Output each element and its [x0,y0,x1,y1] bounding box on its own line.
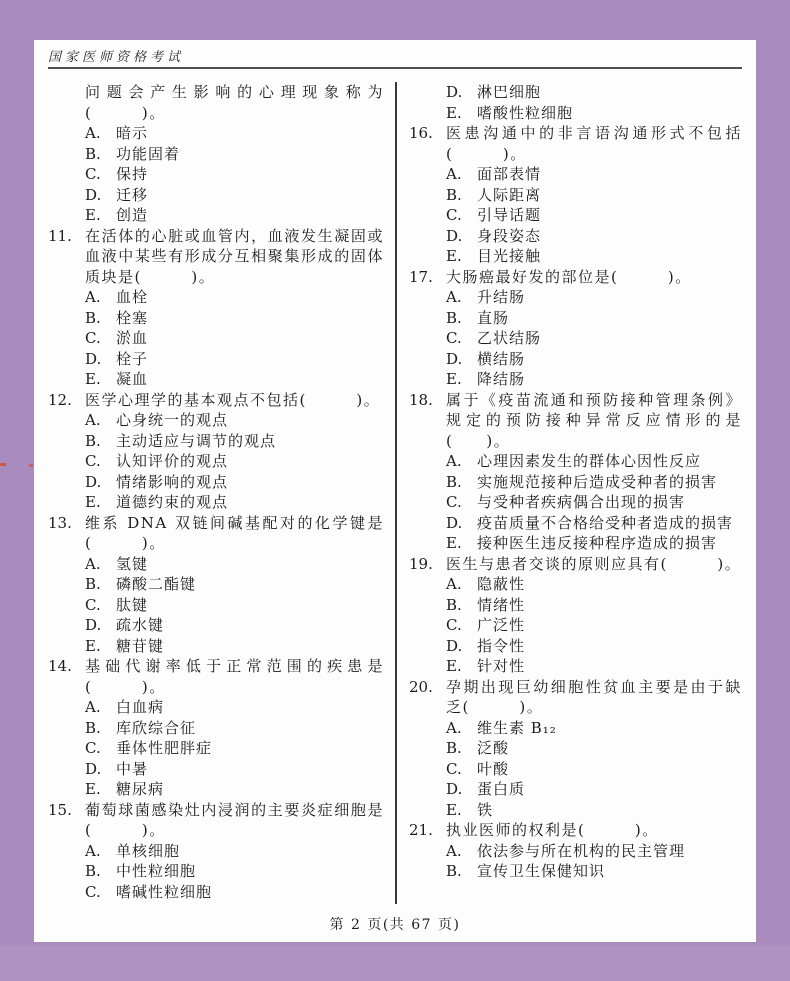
option-text: 面部表情 [477,164,742,185]
option-text: 肽键 [116,595,384,616]
option-row: A.白血病 [85,697,384,718]
option-row: C.引导话题 [446,205,742,226]
option-text: 叶酸 [477,759,742,780]
column-left: 问题会产生影响的心理现象称为( )。A.暗示B.功能固着C.保持D.迁移E.创造… [48,82,395,904]
option-text: 降结肠 [477,369,742,390]
option-letter: D. [446,513,477,534]
option-text: 中暑 [116,759,384,780]
option-letter: B. [85,574,116,595]
option-text: 情绪性 [477,595,742,616]
option-letter: D. [446,82,477,103]
question-head: 21.执业医师的权利是( )。 [409,820,742,841]
option-letter: E. [85,492,116,513]
question-block: 15.葡萄球菌感染灶内浸润的主要炎症细胞是( )。A.单核细胞B.中性粒细胞C.… [48,800,384,903]
option-letter: A. [446,718,477,739]
option-letter: E. [446,103,477,124]
option-row: B.磷酸二酯键 [85,574,384,595]
question-head: 19.医生与患者交谈的原则应具有( )。 [409,554,742,575]
option-text: 单核细胞 [116,841,384,862]
option-letter: A. [446,164,477,185]
option-text: 身段姿态 [477,226,742,247]
option-letter: B. [85,144,116,165]
option-row: A.血栓 [85,287,384,308]
option-letter: E. [85,369,116,390]
option-row: C.肽键 [85,595,384,616]
option-letter: B. [446,185,477,206]
option-letter: C. [85,451,116,472]
option-row: A.维生素 B₁₂ [446,718,742,739]
option-text: 疏水键 [116,615,384,636]
option-letter: E. [85,779,116,800]
option-text: 嗜碱性粒细胞 [116,882,384,903]
option-row: B.中性粒细胞 [85,861,384,882]
option-row: D.疏水键 [85,615,384,636]
option-letter: A. [446,574,477,595]
question-block: 19.医生与患者交谈的原则应具有( )。A.隐蔽性B.情绪性C.广泛性D.指令性… [409,554,742,677]
option-row: E.创造 [85,205,384,226]
question-block: 16.医患沟通中的非言语沟通形式不包括( )。A.面部表情B.人际距离C.引导话… [409,123,742,267]
option-row: A.升结肠 [446,287,742,308]
option-text: 心身统一的观点 [116,410,384,431]
scan-artifact [0,463,6,466]
question-block: 20.孕期出现巨幼细胞性贫血主要是由于缺乏( )。A.维生素 B₁₂B.泛酸C.… [409,677,742,821]
option-letter: A. [446,451,477,472]
option-text: 心理因素发生的群体心因性反应 [477,451,742,472]
option-letter: A. [85,123,116,144]
option-row: B.情绪性 [446,595,742,616]
option-text: 功能固着 [116,144,384,165]
question-text: 执业医师的权利是( )。 [446,820,742,841]
question-columns: 问题会产生影响的心理现象称为( )。A.暗示B.功能固着C.保持D.迁移E.创造… [48,82,742,904]
question-number: 21. [409,820,446,841]
option-row: D.指令性 [446,636,742,657]
question-block: 14.基础代谢率低于正常范围的疾患是( )。A.白血病B.库欣综合征C.垂体性肥… [48,656,384,800]
option-row: A.心理因素发生的群体心因性反应 [446,451,742,472]
question-text: 医生与患者交谈的原则应具有( )。 [446,554,742,575]
option-row: D.迁移 [85,185,384,206]
option-letter: C. [85,328,116,349]
option-row: E.目光接触 [446,246,742,267]
option-letter: B. [446,472,477,493]
option-letter: B. [85,308,116,329]
option-letter: E. [446,369,477,390]
option-letter: E. [446,800,477,821]
option-letter: D. [85,759,116,780]
question-number: 12. [48,390,85,411]
option-text: 广泛性 [477,615,742,636]
option-letter: A. [85,554,116,575]
option-row: D.栓子 [85,349,384,370]
option-text: 接种医生违反接种程序造成的损害 [477,533,742,554]
question-number [48,82,85,123]
question-number: 17. [409,267,446,288]
option-letter: E. [446,246,477,267]
header-rule [48,67,742,69]
option-letter: D. [446,779,477,800]
option-row: D.情绪影响的观点 [85,472,384,493]
option-row: B.直肠 [446,308,742,329]
option-letter: B. [85,718,116,739]
question-text: 在活体的心脏或血管内，血液发生凝固或血液中某些有形成分互相聚集形成的固体质块是(… [85,226,384,288]
option-letter: C. [85,882,116,903]
option-row: B.栓塞 [85,308,384,329]
option-text: 淋巴细胞 [477,82,742,103]
option-text: 主动适应与调节的观点 [116,431,384,452]
option-letter: E. [446,656,477,677]
option-text: 隐蔽性 [477,574,742,595]
option-letter: A. [85,410,116,431]
option-text: 白血病 [116,697,384,718]
option-text: 情绪影响的观点 [116,472,384,493]
option-letter: C. [446,615,477,636]
question-block: 18.属于《疫苗流通和预防接种管理条例》规定的预防接种异常反应情形的是( )。A… [409,390,742,554]
option-text: 迁移 [116,185,384,206]
question-text: 医学心理学的基本观点不包括( )。 [85,390,384,411]
option-text: 人际距离 [477,185,742,206]
question-text: 基础代谢率低于正常范围的疾患是( )。 [85,656,384,697]
option-text: 库欣综合征 [116,718,384,739]
option-text: 中性粒细胞 [116,861,384,882]
option-text: 指令性 [477,636,742,657]
question-text: 大肠癌最好发的部位是( )。 [446,267,742,288]
column-right: D.淋巴细胞E.嗜酸性粒细胞16.医患沟通中的非言语沟通形式不包括( )。A.面… [395,82,742,904]
option-row: E.嗜酸性粒细胞 [446,103,742,124]
option-row: E.降结肠 [446,369,742,390]
option-row: A.单核细胞 [85,841,384,862]
option-row: C.与受种者疾病偶合出现的损害 [446,492,742,513]
question-head: 16.医患沟通中的非言语沟通形式不包括( )。 [409,123,742,164]
option-letter: E. [446,533,477,554]
option-letter: B. [85,431,116,452]
option-row: D.身段姿态 [446,226,742,247]
option-row: E.糖苷键 [85,636,384,657]
option-row: B.泛酸 [446,738,742,759]
option-row: C.广泛性 [446,615,742,636]
option-row: A.面部表情 [446,164,742,185]
option-row: B.宣传卫生保健知识 [446,861,742,882]
option-row: E.针对性 [446,656,742,677]
option-row: E.糖尿病 [85,779,384,800]
option-text: 目光接触 [477,246,742,267]
option-text: 暗示 [116,123,384,144]
option-letter: D. [85,185,116,206]
option-letter: A. [446,841,477,862]
question-text: 孕期出现巨幼细胞性贫血主要是由于缺乏( )。 [446,677,742,718]
option-text: 维生素 B₁₂ [477,718,742,739]
option-letter: C. [85,738,116,759]
question-number: 13. [48,513,85,554]
option-row: D.疫苗质量不合格给受种者造成的损害 [446,513,742,534]
option-letter: B. [446,738,477,759]
option-letter: D. [446,349,477,370]
option-row: B.人际距离 [446,185,742,206]
option-text: 泛酸 [477,738,742,759]
option-row: D.淋巴细胞 [446,82,742,103]
option-letter: C. [85,595,116,616]
option-letter: C. [85,164,116,185]
option-row: B.库欣综合征 [85,718,384,739]
option-text: 创造 [116,205,384,226]
option-text: 横结肠 [477,349,742,370]
option-row: B.实施规范接种后造成受种者的损害 [446,472,742,493]
page-footer: 第 2 页(共 67 页) [34,914,756,934]
question-number: 11. [48,226,85,288]
option-letter: A. [446,287,477,308]
question-number: 15. [48,800,85,841]
option-row: D.横结肠 [446,349,742,370]
option-row: E.凝血 [85,369,384,390]
option-text: 宣传卫生保健知识 [477,861,742,882]
option-row: C.认知评价的观点 [85,451,384,472]
option-text: 淤血 [116,328,384,349]
option-text: 依法参与所在机构的民主管理 [477,841,742,862]
option-text: 蛋白质 [477,779,742,800]
option-row: C.垂体性肥胖症 [85,738,384,759]
question-block: 11.在活体的心脏或血管内，血液发生凝固或血液中某些有形成分互相聚集形成的固体质… [48,226,384,390]
option-text: 乙状结肠 [477,328,742,349]
option-text: 铁 [477,800,742,821]
option-letter: D. [446,226,477,247]
option-letter: A. [85,841,116,862]
scan-artifact [29,464,33,467]
option-row: E.道德约束的观点 [85,492,384,513]
option-text: 实施规范接种后造成受种者的损害 [477,472,742,493]
question-text: 维系 DNA 双链间碱基配对的化学键是( )。 [85,513,384,554]
question-block: 21.执业医师的权利是( )。A.依法参与所在机构的民主管理B.宣传卫生保健知识 [409,820,742,882]
option-letter: C. [446,328,477,349]
question-text: 属于《疫苗流通和预防接种管理条例》规定的预防接种异常反应情形的是( )。 [446,390,742,452]
option-letter: B. [446,861,477,882]
question-head: 17.大肠癌最好发的部位是( )。 [409,267,742,288]
frame-bottom-band [0,945,790,981]
option-text: 针对性 [477,656,742,677]
option-row: A.依法参与所在机构的民主管理 [446,841,742,862]
question-head: 15.葡萄球菌感染灶内浸润的主要炎症细胞是( )。 [48,800,384,841]
option-letter: C. [446,205,477,226]
option-row: C.叶酸 [446,759,742,780]
option-row: E.接种医生违反接种程序造成的损害 [446,533,742,554]
option-text: 垂体性肥胖症 [116,738,384,759]
option-row: C.淤血 [85,328,384,349]
question-head: 12.医学心理学的基本观点不包括( )。 [48,390,384,411]
question-block: 13.维系 DNA 双链间碱基配对的化学键是( )。A.氢键B.磷酸二酯键C.肽… [48,513,384,657]
exam-sheet: 国家医师资格考试 问题会产生影响的心理现象称为( )。A.暗示B.功能固着C.保… [34,40,756,942]
option-text: 疫苗质量不合格给受种者造成的损害 [477,513,742,534]
option-text: 嗜酸性粒细胞 [477,103,742,124]
option-letter: E. [85,205,116,226]
option-letter: B. [85,861,116,882]
option-text: 栓子 [116,349,384,370]
question-number: 19. [409,554,446,575]
question-text: 葡萄球菌感染灶内浸润的主要炎症细胞是( )。 [85,800,384,841]
option-letter: D. [85,472,116,493]
option-row: B.主动适应与调节的观点 [85,431,384,452]
question-head: 问题会产生影响的心理现象称为( )。 [48,82,384,123]
scanned-exam-page: { "header": { "title": "国家医师资格考试" }, "fo… [0,0,790,981]
question-block: 17.大肠癌最好发的部位是( )。A.升结肠B.直肠C.乙状结肠D.横结肠E.降… [409,267,742,390]
question-block: 12.医学心理学的基本观点不包括( )。A.心身统一的观点B.主动适应与调节的观… [48,390,384,513]
option-text: 保持 [116,164,384,185]
option-text: 升结肠 [477,287,742,308]
option-row: B.功能固着 [85,144,384,165]
option-row: C.保持 [85,164,384,185]
option-text: 认知评价的观点 [116,451,384,472]
option-text: 糖苷键 [116,636,384,657]
question-head: 11.在活体的心脏或血管内，血液发生凝固或血液中某些有形成分互相聚集形成的固体质… [48,226,384,288]
option-text: 直肠 [477,308,742,329]
option-text: 血栓 [116,287,384,308]
question-number: 14. [48,656,85,697]
option-letter: A. [85,287,116,308]
option-row: A.隐蔽性 [446,574,742,595]
question-head: 20.孕期出现巨幼细胞性贫血主要是由于缺乏( )。 [409,677,742,718]
option-letter: D. [446,636,477,657]
question-head: 13.维系 DNA 双链间碱基配对的化学键是( )。 [48,513,384,554]
question-block: D.淋巴细胞E.嗜酸性粒细胞 [409,82,742,123]
option-row: D.蛋白质 [446,779,742,800]
exam-title: 国家医师资格考试 [48,46,184,65]
option-row: A.心身统一的观点 [85,410,384,431]
option-letter: D. [85,349,116,370]
option-letter: C. [446,492,477,513]
question-number: 16. [409,123,446,164]
option-text: 凝血 [116,369,384,390]
option-text: 引导话题 [477,205,742,226]
question-text: 医患沟通中的非言语沟通形式不包括( )。 [446,123,742,164]
option-row: A.氢键 [85,554,384,575]
option-letter: D. [85,615,116,636]
option-letter: B. [446,595,477,616]
question-block: 问题会产生影响的心理现象称为( )。A.暗示B.功能固着C.保持D.迁移E.创造 [48,82,384,226]
question-head: 14.基础代谢率低于正常范围的疾患是( )。 [48,656,384,697]
option-text: 糖尿病 [116,779,384,800]
question-number: 20. [409,677,446,718]
option-row: C.嗜碱性粒细胞 [85,882,384,903]
option-letter: C. [446,759,477,780]
question-head: 18.属于《疫苗流通和预防接种管理条例》规定的预防接种异常反应情形的是( )。 [409,390,742,452]
option-text: 与受种者疾病偶合出现的损害 [477,492,742,513]
option-row: E.铁 [446,800,742,821]
option-letter: B. [446,308,477,329]
option-text: 栓塞 [116,308,384,329]
question-number: 18. [409,390,446,452]
option-text: 磷酸二酯键 [116,574,384,595]
option-letter: A. [85,697,116,718]
question-text: 问题会产生影响的心理现象称为( )。 [85,82,384,123]
option-row: D.中暑 [85,759,384,780]
option-row: C.乙状结肠 [446,328,742,349]
option-text: 氢键 [116,554,384,575]
option-letter: E. [85,636,116,657]
option-row: A.暗示 [85,123,384,144]
option-text: 道德约束的观点 [116,492,384,513]
